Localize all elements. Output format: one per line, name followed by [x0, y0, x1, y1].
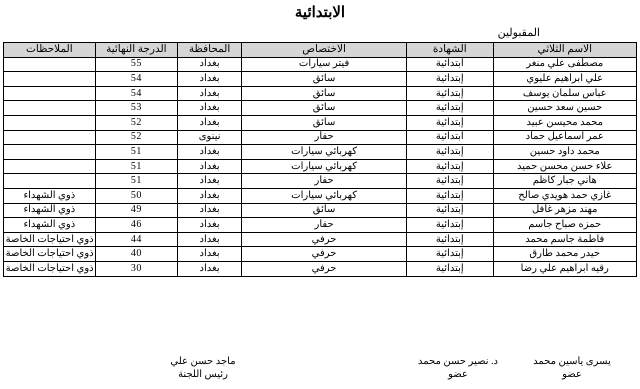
cell-notes: ذوي احتياجات الخاصة — [4, 261, 96, 276]
signature-name: ماجد حسن علي — [143, 355, 263, 368]
cell-notes — [4, 174, 96, 189]
cell-specialty: حرفي — [242, 261, 407, 276]
table-row: علي ابراهيم عليوي إبتدائية سائق بغداد 54 — [4, 72, 637, 87]
table-row: فاطمة جاسم محمد إبتدائية حرفي بغداد 44 ذ… — [4, 232, 637, 247]
cell-grade: 46 — [95, 218, 177, 233]
table-row: غازي حمد هويدي صالح إبتدائية كهربائي سيا… — [4, 188, 637, 203]
cell-certificate: إبتدائية — [407, 232, 494, 247]
signature-name: يسرى ياسين محمد — [512, 355, 632, 368]
cell-province: بغداد — [178, 159, 242, 174]
signature-role: رئيس اللجنة — [143, 368, 263, 381]
cell-name: فاطمة جاسم محمد — [493, 232, 636, 247]
cell-specialty: فيتر سيارات — [242, 57, 407, 72]
cell-specialty: سائق — [242, 72, 407, 87]
table-row: رقيه ابراهيم علي رضا إبتدائية حرفي بغداد… — [4, 261, 637, 276]
cell-name: هاني جبار كاظم — [493, 174, 636, 189]
cell-grade: 51 — [95, 159, 177, 174]
cell-certificate: ابتدائية — [407, 57, 494, 72]
table-row: حيدر محمد طارق إبتدائية حرفي بغداد 40 ذو… — [4, 247, 637, 262]
cell-province: بغداد — [178, 174, 242, 189]
cell-grade: 54 — [95, 72, 177, 87]
cell-notes — [4, 159, 96, 174]
cell-notes: ذوي الشهداء — [4, 203, 96, 218]
header-specialty: الاختصاص — [242, 43, 407, 58]
cell-notes: ذوي احتياجات الخاصة — [4, 247, 96, 262]
cell-province: بغداد — [178, 72, 242, 87]
cell-name: مصطفى علي منغر — [493, 57, 636, 72]
signature-member-1: يسرى ياسين محمد عضو — [512, 355, 632, 381]
table-row: عمر اسماعيل حماد ابتدائية حفار نينوى 52 — [4, 130, 637, 145]
cell-notes: ذوي الشهداء — [4, 218, 96, 233]
cell-notes: ذوي احتياجات الخاصة — [4, 232, 96, 247]
cell-grade: 53 — [95, 101, 177, 116]
table-row: علاء حسن محسن حميد إبتدائية كهربائي سيار… — [4, 159, 637, 174]
page-title: الابتدائية — [0, 4, 640, 22]
cell-notes — [4, 86, 96, 101]
cell-certificate: إبتدائية — [407, 115, 494, 130]
cell-certificate: إبتدائية — [407, 72, 494, 87]
cell-notes — [4, 145, 96, 160]
cell-province: بغداد — [178, 232, 242, 247]
table-row: هاني جبار كاظم إبتدائية حفار بغداد 51 — [4, 174, 637, 189]
cell-grade: 44 — [95, 232, 177, 247]
cell-specialty: سائق — [242, 101, 407, 116]
cell-province: بغداد — [178, 101, 242, 116]
cell-specialty: حفار — [242, 174, 407, 189]
cell-specialty: كهربائي سيارات — [242, 188, 407, 203]
cell-certificate: إبتدائية — [407, 218, 494, 233]
cell-name: مهند مزهر غافل — [493, 203, 636, 218]
cell-name: رقيه ابراهيم علي رضا — [493, 261, 636, 276]
cell-certificate: إبتدائية — [407, 101, 494, 116]
table-row: مصطفى علي منغر ابتدائية فيتر سيارات بغدا… — [4, 57, 637, 72]
signature-chairman: ماجد حسن علي رئيس اللجنة — [143, 355, 263, 381]
cell-grade: 51 — [95, 174, 177, 189]
cell-grade: 55 — [95, 57, 177, 72]
cell-name: حسين سعد حسين — [493, 101, 636, 116]
header-certificate: الشهادة — [407, 43, 494, 58]
cell-grade: 51 — [95, 145, 177, 160]
cell-certificate: إبتدائية — [407, 247, 494, 262]
cell-name: حيدر محمد طارق — [493, 247, 636, 262]
cell-province: بغداد — [178, 115, 242, 130]
table-header-row: الاسم الثلاثي الشهادة الاختصاص المحافظة … — [4, 43, 637, 58]
cell-certificate: ابتدائية — [407, 130, 494, 145]
cell-specialty: سائق — [242, 86, 407, 101]
cell-specialty: حفار — [242, 130, 407, 145]
header-name: الاسم الثلاثي — [493, 43, 636, 58]
document-page: الابتدائية المقبولين الاسم الثلاثي الشها… — [0, 0, 640, 389]
cell-certificate: إبتدائية — [407, 203, 494, 218]
cell-specialty: حفار — [242, 218, 407, 233]
cell-specialty: سائق — [242, 115, 407, 130]
cell-name: محمد داود حسين — [493, 145, 636, 160]
cell-province: بغداد — [178, 247, 242, 262]
table-row: عباس سلمان يوسف إبتدائية سائق بغداد 54 — [4, 86, 637, 101]
table-row: محمد محيسن عبيد إبتدائية سائق بغداد 52 — [4, 115, 637, 130]
cell-certificate: إبتدائية — [407, 159, 494, 174]
cell-province: نينوى — [178, 130, 242, 145]
cell-certificate: إبتدائية — [407, 174, 494, 189]
cell-certificate: إبتدائية — [407, 145, 494, 160]
table-row: محمد داود حسين إبتدائية كهربائي سيارات ب… — [4, 145, 637, 160]
table-body: مصطفى علي منغر ابتدائية فيتر سيارات بغدا… — [4, 57, 637, 276]
signature-member-2: د. نصير حسن محمد عضو — [398, 355, 518, 381]
cell-notes — [4, 57, 96, 72]
signature-role: عضو — [512, 368, 632, 381]
cell-name: علاء حسن محسن حميد — [493, 159, 636, 174]
cell-specialty: كهربائي سيارات — [242, 159, 407, 174]
cell-certificate: إبتدائية — [407, 86, 494, 101]
cell-grade: 49 — [95, 203, 177, 218]
cell-name: عباس سلمان يوسف — [493, 86, 636, 101]
cell-province: بغداد — [178, 57, 242, 72]
cell-province: بغداد — [178, 145, 242, 160]
cell-grade: 30 — [95, 261, 177, 276]
cell-name: حمزه صباح جاسم — [493, 218, 636, 233]
cell-grade: 40 — [95, 247, 177, 262]
cell-province: بغداد — [178, 261, 242, 276]
accepted-label: المقبولين — [498, 26, 540, 40]
cell-specialty: حرفي — [242, 232, 407, 247]
cell-province: بغداد — [178, 86, 242, 101]
cell-notes: ذوي الشهداء — [4, 188, 96, 203]
signature-name: د. نصير حسن محمد — [398, 355, 518, 368]
cell-name: علي ابراهيم عليوي — [493, 72, 636, 87]
cell-specialty: كهربائي سيارات — [242, 145, 407, 160]
cell-name: عمر اسماعيل حماد — [493, 130, 636, 145]
cell-notes — [4, 115, 96, 130]
cell-notes — [4, 130, 96, 145]
cell-name: محمد محيسن عبيد — [493, 115, 636, 130]
cell-specialty: حرفي — [242, 247, 407, 262]
table-row: مهند مزهر غافل إبتدائية سائق بغداد 49 ذو… — [4, 203, 637, 218]
table-row: حمزه صباح جاسم إبتدائية حفار بغداد 46 ذو… — [4, 218, 637, 233]
cell-specialty: سائق — [242, 203, 407, 218]
cell-grade: 52 — [95, 115, 177, 130]
cell-notes — [4, 101, 96, 116]
header-final-grade: الدرجة النهائية — [95, 43, 177, 58]
cell-province: بغداد — [178, 203, 242, 218]
cell-name: غازي حمد هويدي صالح — [493, 188, 636, 203]
cell-certificate: إبتدائية — [407, 261, 494, 276]
header-notes: الملاحظات — [4, 43, 96, 58]
cell-grade: 52 — [95, 130, 177, 145]
table-row: حسين سعد حسين إبتدائية سائق بغداد 53 — [4, 101, 637, 116]
cell-certificate: إبتدائية — [407, 188, 494, 203]
header-province: المحافظة — [178, 43, 242, 58]
cell-grade: 50 — [95, 188, 177, 203]
cell-province: بغداد — [178, 188, 242, 203]
cell-province: بغداد — [178, 218, 242, 233]
signature-role: عضو — [398, 368, 518, 381]
results-table: الاسم الثلاثي الشهادة الاختصاص المحافظة … — [3, 42, 637, 277]
cell-notes — [4, 72, 96, 87]
cell-grade: 54 — [95, 86, 177, 101]
